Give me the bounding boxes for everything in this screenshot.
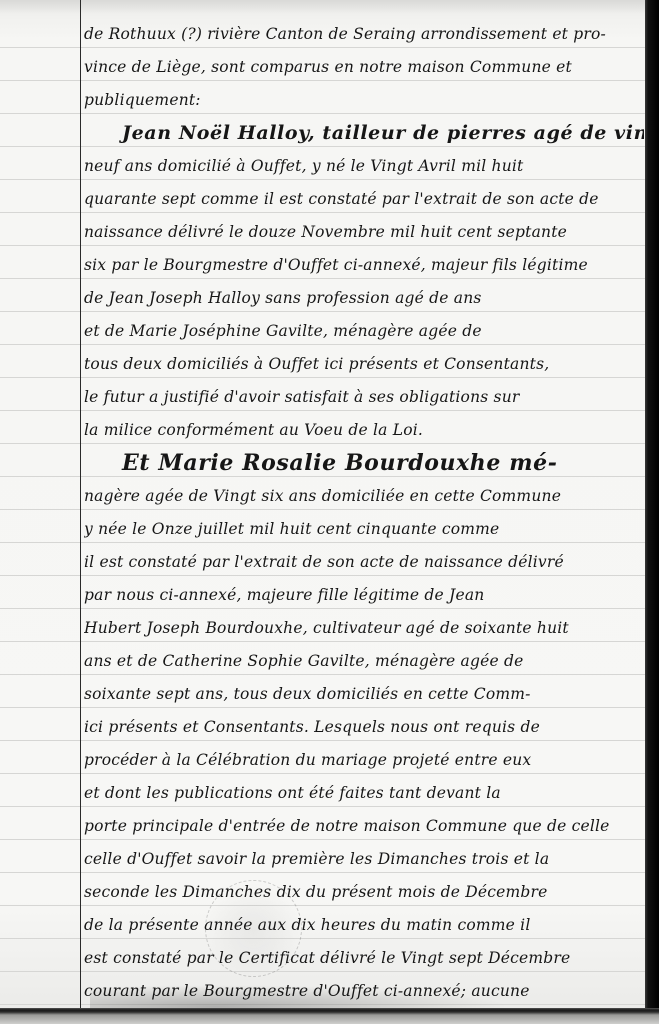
bride-name-line: Et Marie Rosalie Bourdouxhe mé- xyxy=(84,447,644,480)
page-bottom-border xyxy=(0,1008,659,1024)
groom-name-line: Jean Noël Halloy, tailleur de pierres ag… xyxy=(84,117,644,150)
text-line: par nous ci-annexé, majeure fille légiti… xyxy=(84,579,644,612)
text-line: de Jean Joseph Halloy sans profession ag… xyxy=(84,282,644,315)
text-line: publiquement: xyxy=(84,84,644,117)
text-line: seconde les Dimanches dix du présent moi… xyxy=(84,876,644,909)
text-line: procéder à la Célébration du mariage pro… xyxy=(84,744,644,777)
text-line: le futur a justifié d'avoir satisfait à … xyxy=(84,381,644,414)
text-line: est constaté par le Certificat délivré l… xyxy=(84,942,644,975)
text-line: de la présente année aux dix heures du m… xyxy=(84,909,644,942)
page-binding-edge xyxy=(645,0,659,1024)
text-line: six par le Bourgmestre d'Ouffet ci-annex… xyxy=(84,249,644,282)
text-line: porte principale d'entrée de notre maiso… xyxy=(84,810,644,843)
text-line: Hubert Joseph Bourdouxhe, cultivateur ag… xyxy=(84,612,644,645)
text-line: vince de Liège, sont comparus en notre m… xyxy=(84,51,644,84)
text-line: la milice conformément au Voeu de la Loi… xyxy=(84,414,644,447)
left-margin-rule xyxy=(80,0,81,1010)
text-line: y née le Onze juillet mil huit cent cinq… xyxy=(84,513,644,546)
text-line: ans et de Catherine Sophie Gavilte, ména… xyxy=(84,645,644,678)
text-line: tous deux domiciliés à Ouffet ici présen… xyxy=(84,348,644,381)
text-line: soixante sept ans, tous deux domiciliés … xyxy=(84,678,644,711)
text-line: neuf ans domicilié à Ouffet, y né le Vin… xyxy=(84,150,644,183)
text-line: courant par le Bourgmestre d'Ouffet ci-a… xyxy=(84,975,644,1008)
text-line: il est constaté par l'extrait de son act… xyxy=(84,546,644,579)
text-line: quarante sept comme il est constaté par … xyxy=(84,183,644,216)
register-page: de Rothuux (?) rivière Canton de Seraing… xyxy=(0,0,659,1024)
text-line: et dont les publications ont été faites … xyxy=(84,777,644,810)
text-line: naissance délivré le douze Novembre mil … xyxy=(84,216,644,249)
text-line: celle d'Ouffet savoir la première les Di… xyxy=(84,843,644,876)
handwritten-text: de Rothuux (?) rivière Canton de Seraing… xyxy=(84,18,644,1008)
text-line: et de Marie Joséphine Gavilte, ménagère … xyxy=(84,315,644,348)
text-line: ici présents et Consentants. Lesquels no… xyxy=(84,711,644,744)
text-line: nagère agée de Vingt six ans domiciliée … xyxy=(84,480,644,513)
text-line: de Rothuux (?) rivière Canton de Seraing… xyxy=(84,18,644,51)
